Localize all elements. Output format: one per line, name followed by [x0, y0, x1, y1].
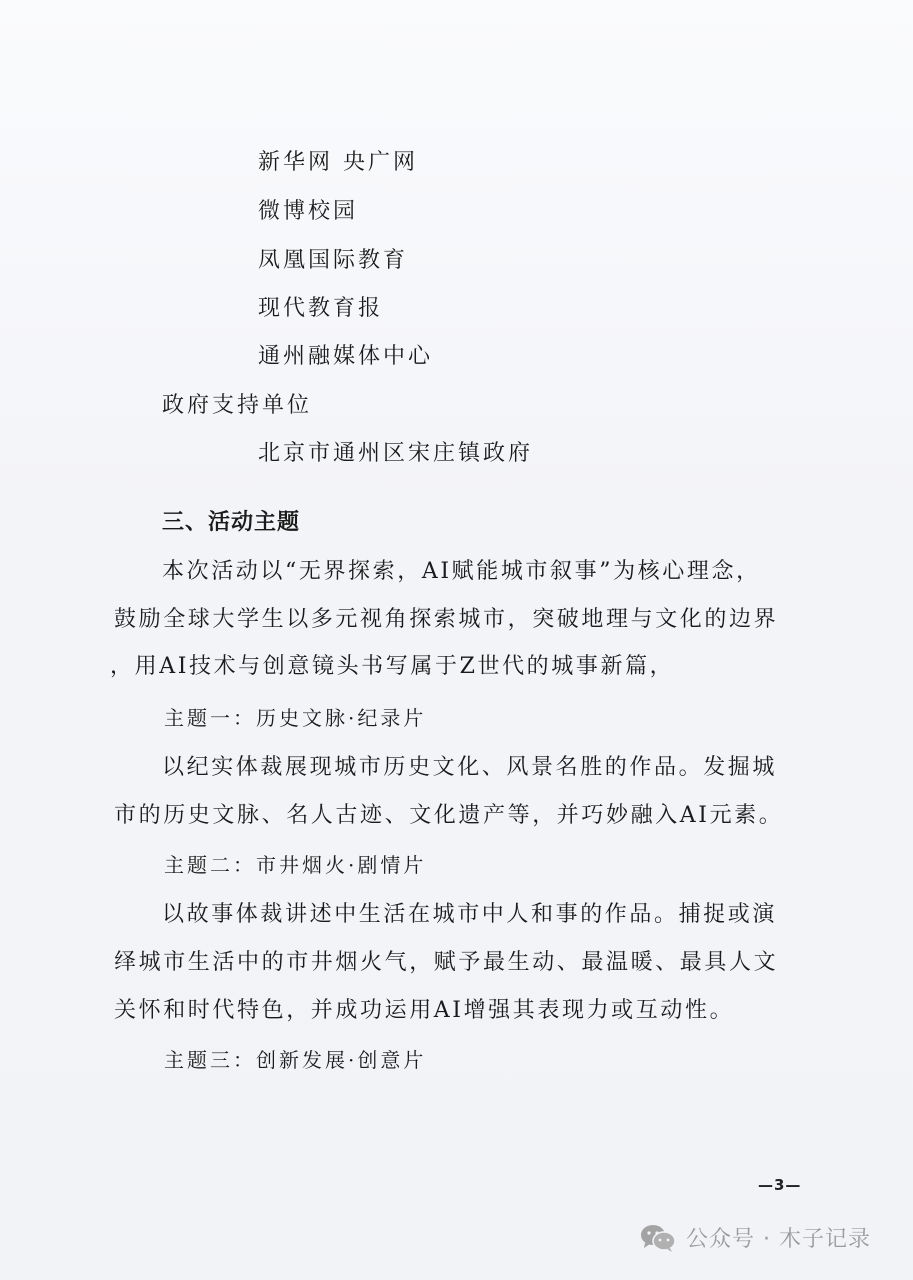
page-number: —3— [758, 1176, 801, 1194]
paragraph-line: 本次活动以“无界探索，AI赋能城市叙事”为核心理念， [162, 557, 761, 587]
paragraph-line: 关怀和时代特色，并成功运用AI增强其表现力或互动性。 [114, 996, 734, 1026]
media-partner-line: 现代教育报 [258, 294, 383, 324]
media-partner-line: 微博校园 [258, 197, 358, 227]
paragraph-line: 鼓励全球大学生以多元视角探索城市，突破地理与文化的边界 [114, 605, 778, 635]
theme-title: 主题一：历史文脉·纪录片 [164, 703, 426, 733]
media-partner-line: 通州融媒体中心 [258, 342, 433, 372]
paragraph-line: 以纪实体裁展现城市历史文化、风景名胜的作品。发掘城 [162, 753, 777, 783]
theme-title: 主题二：市井烟火·剧情片 [164, 850, 426, 880]
wechat-icon [640, 1223, 676, 1253]
watermark-text: 公众号 · 木子记录 [686, 1222, 871, 1253]
paragraph-line: 绎城市生活中的市井烟火气，赋予最生动、最温暖、最具人文 [114, 948, 778, 978]
media-partner-line: 凤凰国际教育 [258, 246, 408, 276]
watermark: 公众号 · 木子记录 [640, 1222, 871, 1253]
paragraph-line: ，用AI技术与创意镜头书写属于Z世代的城事新篇， [110, 652, 674, 682]
paragraph-line: 市的历史文脉、名人古迹、文化遗产等，并巧妙融入AI元素。 [114, 801, 783, 831]
gov-support-label: 政府支持单位 [162, 391, 312, 421]
section-heading: 三、活动主题 [162, 508, 300, 538]
document-page: 新华网 央广网 微博校园 凤凰国际教育 现代教育报 通州融媒体中心 政府支持单位… [0, 0, 913, 1280]
paragraph-line: 以故事体裁讲述中生活在城市中人和事的作品。捕捉或演 [162, 900, 777, 930]
gov-support-unit: 北京市通州区宋庄镇政府 [258, 439, 533, 469]
theme-title: 主题三：创新发展·创意片 [164, 1045, 426, 1075]
media-partner-line: 新华网 央广网 [258, 148, 418, 178]
